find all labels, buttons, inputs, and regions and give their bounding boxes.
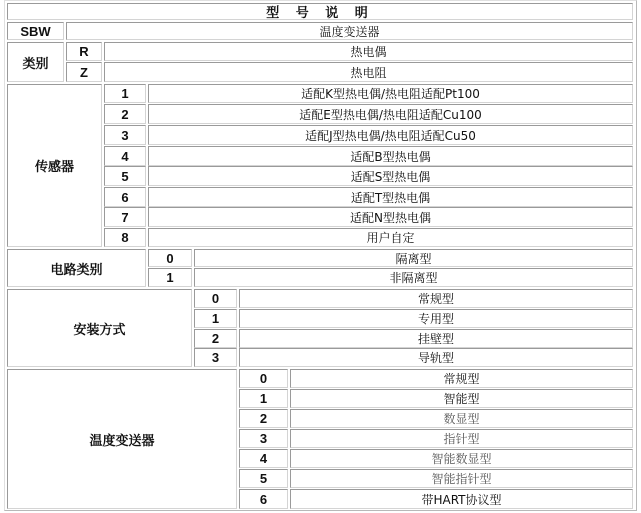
code-text: R [79, 44, 88, 59]
circuit-label-cell: 电路类别 [7, 249, 146, 287]
table-title-text: 型 号 说 明 [266, 3, 374, 20]
description-text: 适配J型热电偶/热电阻适配Cu50 [305, 127, 476, 144]
description-text: 适配K型热电偶/热电阻适配Pt100 [301, 85, 480, 102]
sensor-desc-8: 用户自定 [148, 228, 633, 247]
installation-code-1: 1 [194, 309, 237, 328]
table-title: 型 号 说 明 [7, 3, 633, 20]
description-text: 适配T型热电偶 [351, 189, 430, 206]
code-text: 6 [121, 190, 128, 205]
code-text: 2 [121, 107, 128, 122]
sensor-desc-6: 适配T型热电偶 [148, 187, 633, 207]
circuit-label: 电路类别 [50, 259, 102, 278]
model-description: 温度变送器 [319, 23, 379, 40]
code-text: 0 [212, 291, 219, 306]
description-text: 适配N型热电偶 [350, 209, 431, 226]
category-label-cell: 类别 [7, 42, 64, 82]
code-text: 1 [212, 311, 219, 326]
code-text: 3 [260, 431, 267, 446]
category-code-Z: Z [66, 62, 102, 82]
category-code-R: R [66, 42, 102, 61]
sensor-desc-2: 适配E型热电偶/热电阻适配Cu100 [148, 104, 633, 124]
installation-code-0: 0 [194, 289, 237, 308]
code-text: 3 [121, 128, 128, 143]
installation-desc-3: 导轨型 [239, 348, 633, 367]
transmitter-desc-6: 带HART协议型 [290, 489, 633, 509]
circuit-desc-0: 隔离型 [194, 249, 633, 267]
description-text: 专用型 [418, 310, 454, 327]
sensor-desc-4: 适配B型热电偶 [148, 146, 633, 166]
installation-desc-1: 专用型 [239, 309, 633, 328]
category-desc-Z: 热电阻 [104, 62, 633, 82]
code-text: 8 [121, 230, 128, 245]
transmitter-desc-2: 数显型 [290, 409, 633, 428]
sensor-desc-1: 适配K型热电偶/热电阻适配Pt100 [148, 84, 633, 103]
description-text: 适配S型热电偶 [351, 168, 431, 185]
circuit-desc-1: 非隔离型 [194, 268, 633, 287]
sensor-code-8: 8 [104, 228, 146, 247]
description-text: 常规型 [443, 370, 479, 387]
sensor-desc-7: 适配N型热电偶 [148, 207, 633, 227]
description-text: 指针型 [443, 430, 479, 447]
sensor-code-5: 5 [104, 166, 146, 186]
transmitter-code-5: 5 [239, 469, 288, 488]
sensor-label-cell: 传感器 [7, 84, 102, 247]
transmitter-label: 温度变送器 [89, 430, 154, 449]
code-text: 5 [260, 471, 267, 486]
installation-code-3: 3 [194, 348, 237, 367]
code-text: 3 [212, 350, 219, 365]
installation-label: 安装方式 [73, 319, 125, 338]
model-code: SBW [20, 24, 50, 39]
transmitter-desc-1: 智能型 [290, 389, 633, 408]
transmitter-desc-5: 智能指针型 [290, 469, 633, 488]
circuit-code-0: 0 [148, 249, 192, 267]
sensor-code-2: 2 [104, 104, 146, 124]
transmitter-code-0: 0 [239, 369, 288, 388]
sensor-desc-5: 适配S型热电偶 [148, 166, 633, 186]
code-text: 1 [121, 86, 128, 101]
code-text: 4 [121, 149, 128, 164]
description-text: 用户自定 [366, 229, 414, 246]
category-desc-R: 热电偶 [104, 42, 633, 61]
transmitter-code-1: 1 [239, 389, 288, 408]
description-text: 隔离型 [395, 250, 431, 267]
code-text: 5 [121, 169, 128, 184]
code-text: 4 [260, 451, 267, 466]
installation-code-2: 2 [194, 329, 237, 348]
transmitter-desc-3: 指针型 [290, 429, 633, 448]
description-text: 非隔离型 [389, 269, 437, 286]
description-text: 热电阻 [350, 64, 386, 81]
description-text: 常规型 [418, 290, 454, 307]
code-text: 2 [260, 411, 267, 426]
sensor-code-7: 7 [104, 207, 146, 227]
description-text: 适配E型热电偶/热电阻适配Cu100 [299, 106, 482, 123]
description-text: 挂壁型 [418, 330, 454, 347]
sensor-desc-3: 适配J型热电偶/热电阻适配Cu50 [148, 125, 633, 145]
transmitter-code-2: 2 [239, 409, 288, 428]
transmitter-desc-0: 常规型 [290, 369, 633, 388]
transmitter-code-6: 6 [239, 489, 288, 509]
transmitter-code-3: 3 [239, 429, 288, 448]
sensor-code-4: 4 [104, 146, 146, 166]
transmitter-desc-4: 智能数显型 [290, 449, 633, 468]
code-text: 0 [260, 371, 267, 386]
sensor-code-1: 1 [104, 84, 146, 103]
code-text: Z [80, 65, 88, 80]
description-text: 带HART协议型 [421, 491, 501, 508]
sensor-code-3: 3 [104, 125, 146, 145]
sensor-code-6: 6 [104, 187, 146, 207]
transmitter-label-cell: 温度变送器 [7, 369, 237, 509]
description-text: 热电偶 [350, 43, 386, 60]
model-code-cell: SBW [7, 22, 64, 40]
code-text: 7 [121, 210, 128, 225]
description-text: 数显型 [443, 410, 479, 427]
installation-desc-0: 常规型 [239, 289, 633, 308]
description-text: 智能型 [443, 390, 479, 407]
circuit-code-1: 1 [148, 268, 192, 287]
description-text: 智能数显型 [431, 450, 491, 467]
transmitter-code-4: 4 [239, 449, 288, 468]
description-text: 导轨型 [418, 349, 454, 366]
code-text: 6 [260, 492, 267, 507]
model-description-cell: 温度变送器 [66, 22, 633, 40]
code-text: 1 [260, 391, 267, 406]
code-text: 2 [212, 331, 219, 346]
installation-desc-2: 挂壁型 [239, 329, 633, 348]
sensor-label: 传感器 [35, 156, 74, 175]
code-text: 0 [166, 251, 173, 266]
description-text: 智能指针型 [431, 470, 491, 487]
description-text: 适配B型热电偶 [350, 148, 430, 165]
category-label: 类别 [22, 53, 48, 72]
installation-label-cell: 安装方式 [7, 289, 192, 367]
code-text: 1 [166, 270, 173, 285]
